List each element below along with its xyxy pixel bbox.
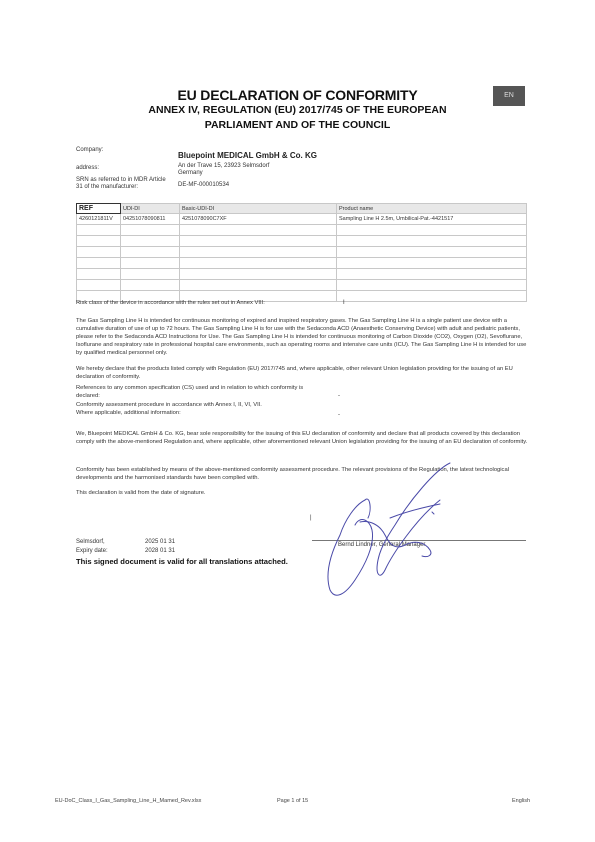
column-header-ref: REF (77, 204, 121, 214)
additional-info-value: - (338, 411, 340, 419)
cs-reference-value: - (338, 392, 340, 400)
udi-di-cell (121, 225, 180, 236)
ref-cell (77, 225, 121, 236)
udi-di-cell (121, 236, 180, 247)
document-subtitle-line2: PARLIAMENT AND OF THE COUNCIL (0, 119, 595, 131)
expiry-date: 2028 01 31 (145, 547, 175, 555)
cs-reference-label: References to any common specification (… (76, 384, 326, 400)
udi-di-cell (121, 280, 180, 291)
product-name-cell (337, 269, 527, 280)
udi-di-cell (121, 247, 180, 258)
handwritten-signature (300, 460, 460, 610)
ref-cell (77, 269, 121, 280)
srn-label-line2: 31 of the manufacturer: (76, 183, 138, 191)
table-row (77, 280, 527, 291)
risk-class-label: Risk class of the device in accordance w… (76, 299, 528, 307)
product-name-cell (337, 247, 527, 258)
ref-cell: 4260121811V (77, 214, 121, 225)
company-value: Bluepoint MEDICAL GmbH & Co. KG (178, 151, 317, 160)
udi-di-cell (121, 258, 180, 269)
product-name-cell: Sampling Line H 2.5m, Umbilical-Pat.-442… (337, 214, 527, 225)
udi-di-cell (121, 269, 180, 280)
column-header-udi-di: UDI-DI (121, 204, 180, 214)
footer-page-number: Page 1 of 15 (277, 798, 308, 804)
ref-cell (77, 280, 121, 291)
address-label: address: (76, 164, 99, 172)
ref-cell (77, 258, 121, 269)
products-table: REF UDI-DI Basic-UDI-DI Product name 426… (76, 203, 527, 302)
table-row: 4260121811V042510780908114251078090C7XFS… (77, 214, 527, 225)
language-badge: EN (493, 86, 525, 106)
expiry-label: Expiry date: (76, 547, 108, 555)
declaration-text: We hereby declare that the products list… (76, 365, 528, 381)
basic-udi-di-cell (180, 225, 337, 236)
basic-udi-di-cell (180, 280, 337, 291)
basic-udi-di-cell (180, 236, 337, 247)
place-label: Selmsdorf, (76, 538, 105, 546)
column-header-product-name: Product name (337, 204, 527, 214)
place-date: 2025 01 31 (145, 538, 175, 546)
ref-cell (77, 247, 121, 258)
product-name-cell (337, 280, 527, 291)
additional-info-label: Where applicable, additional information… (76, 409, 326, 417)
intended-purpose-text: The Gas Sampling Line H is intended for … (76, 317, 528, 357)
ref-cell (77, 236, 121, 247)
table-row (77, 269, 527, 280)
basic-udi-di-cell (180, 269, 337, 280)
basic-udi-di-cell: 4251078090C7XF (180, 214, 337, 225)
column-header-basic-udi-di: Basic-UDI-DI (180, 204, 337, 214)
table-row (77, 258, 527, 269)
company-label: Company: (76, 146, 103, 154)
footer-language: English (512, 798, 530, 804)
basic-udi-di-cell (180, 247, 337, 258)
basic-udi-di-cell (180, 258, 337, 269)
table-row (77, 247, 527, 258)
product-name-cell (337, 258, 527, 269)
srn-value: DE-MF-000010534 (178, 181, 229, 189)
table-row (77, 225, 527, 236)
risk-class-value: I (343, 299, 345, 307)
product-name-cell (337, 225, 527, 236)
footer-filename: EU-DoC_Class_I_Gas_Sampling_Line_H_Mamed… (55, 798, 201, 804)
udi-di-cell: 04251078090811 (121, 214, 180, 225)
conformity-procedure-label: Conformity assessment procedure in accor… (76, 401, 528, 409)
table-header-row: REF UDI-DI Basic-UDI-DI Product name (77, 204, 527, 214)
responsibility-text: We, Bluepoint MEDICAL GmbH & Co. KG, bea… (76, 430, 528, 446)
table-row (77, 236, 527, 247)
product-name-cell (337, 236, 527, 247)
translations-note: This signed document is valid for all tr… (76, 557, 288, 566)
address-line2: Germany (178, 169, 203, 177)
